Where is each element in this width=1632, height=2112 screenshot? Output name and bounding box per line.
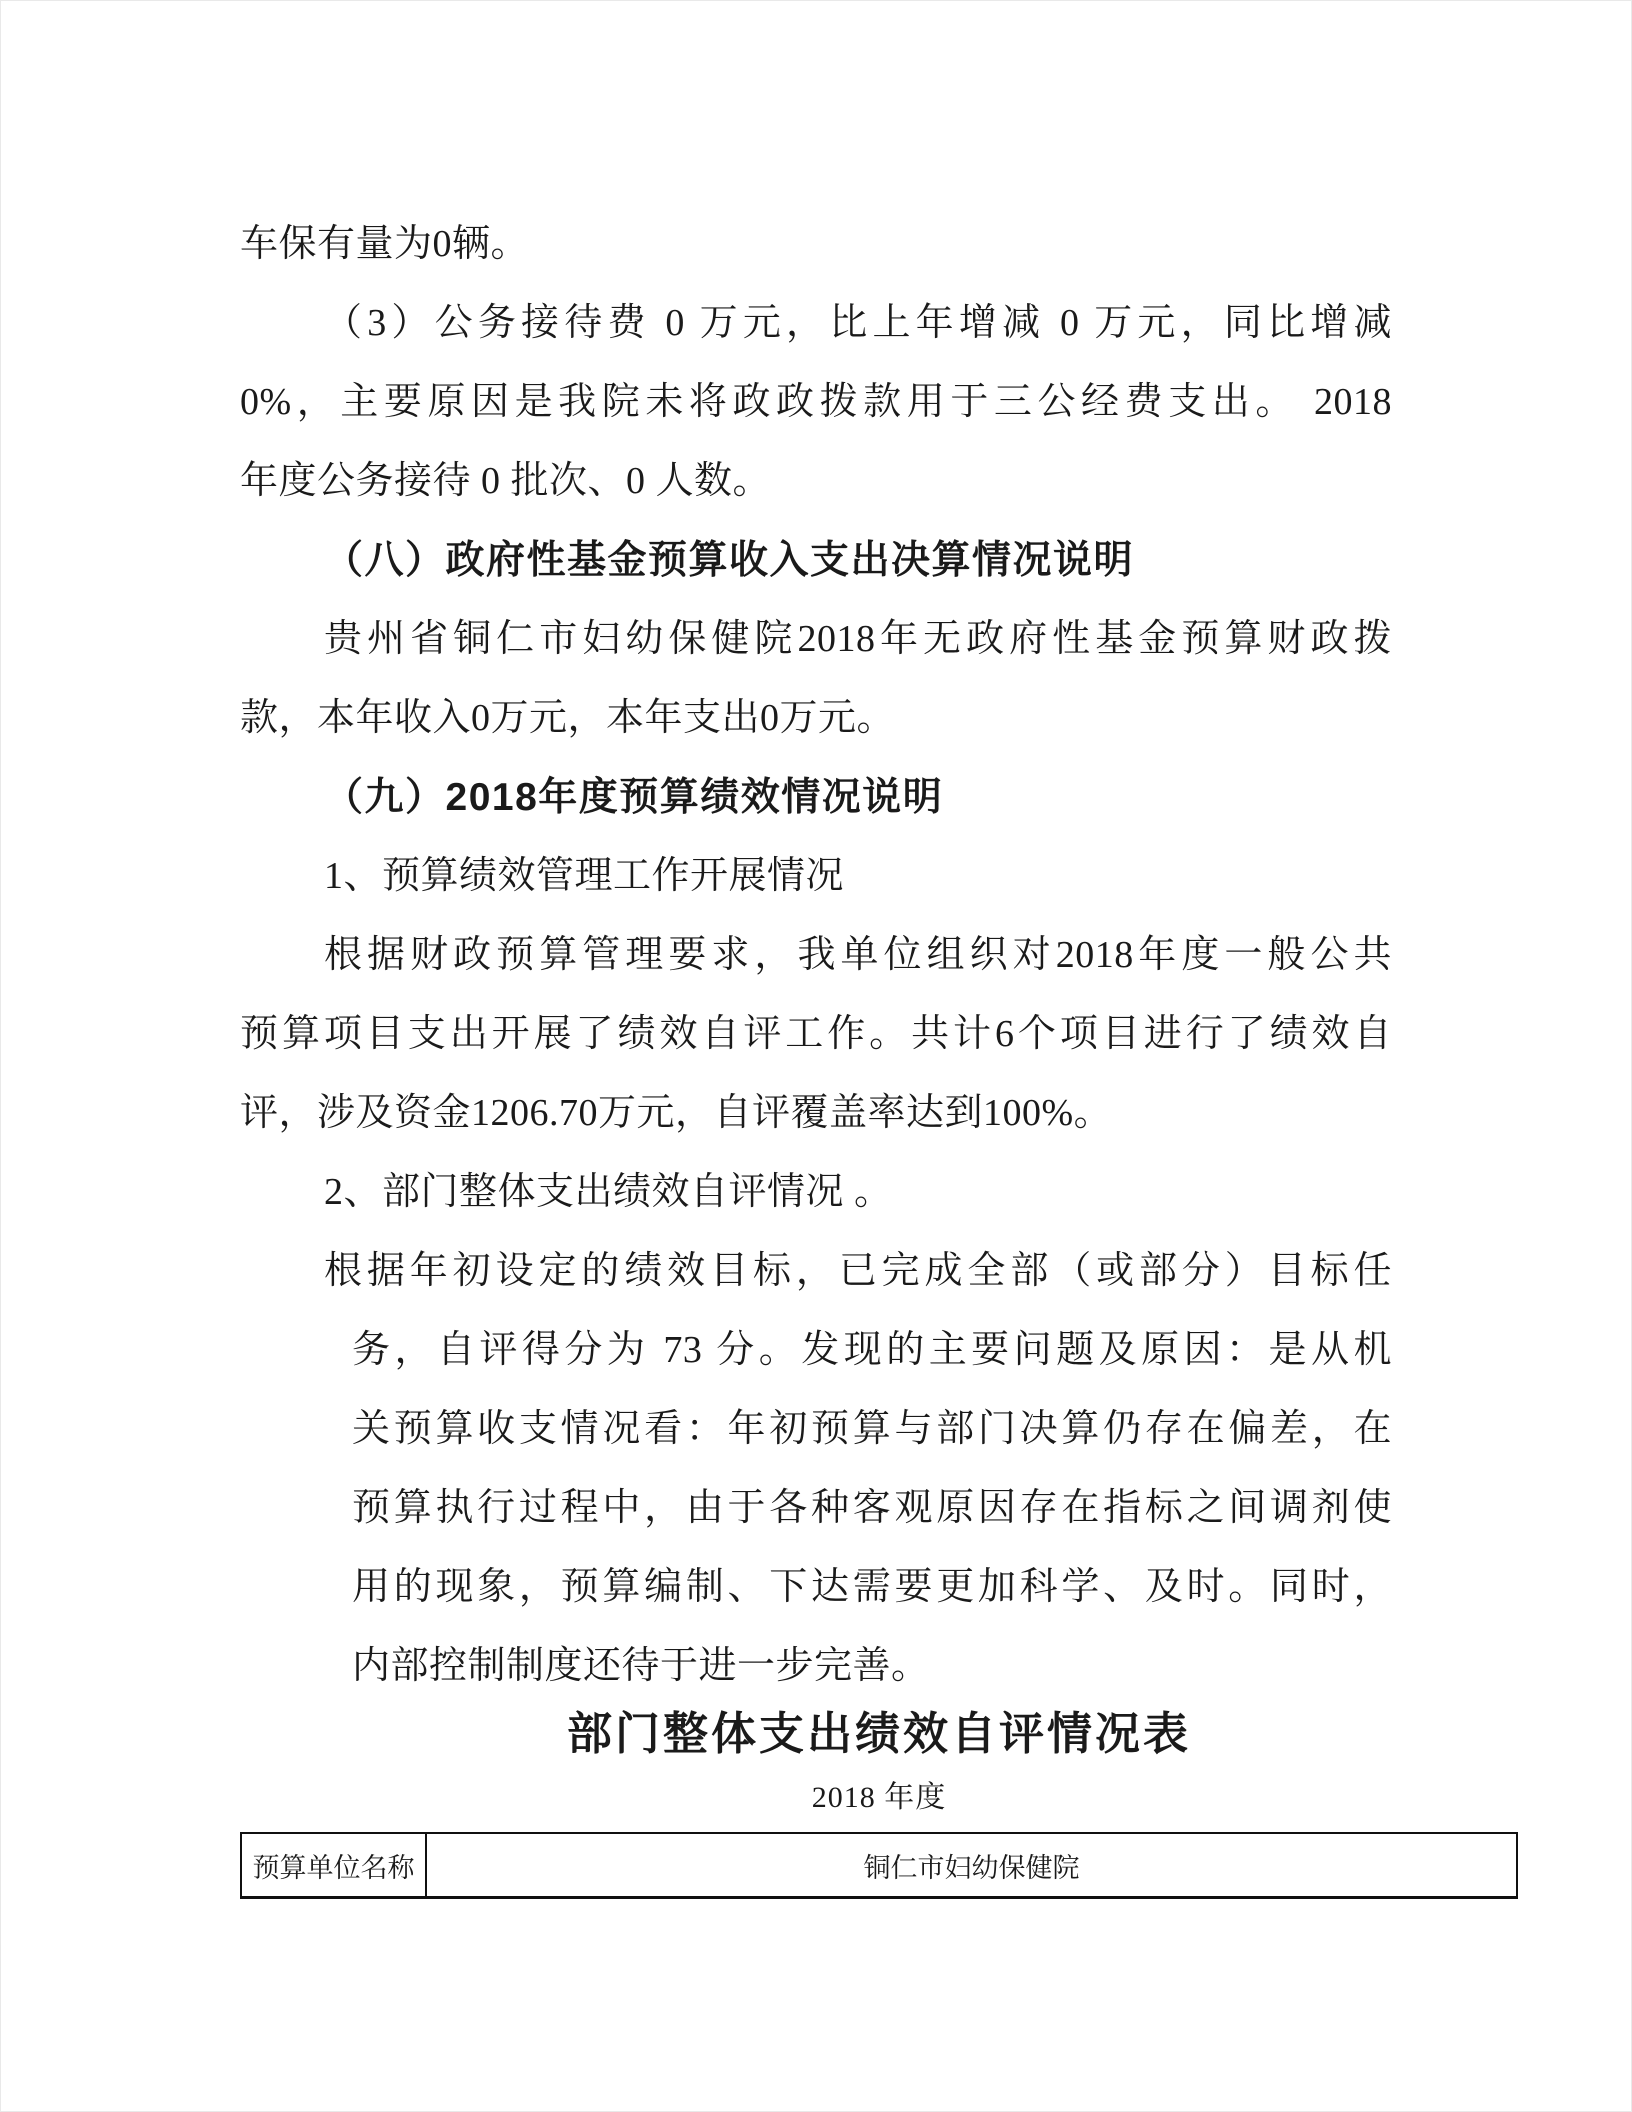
paragraph-line: 内部控制制度还待于进一步完善。 [240, 1627, 1392, 1706]
paragraph-line: 贵州省铜仁市妇幼保健院2018年无政府性基金预算财政拨 [240, 600, 1392, 679]
section-heading-nine: （九）2018年度预算绩效情况说明 [240, 758, 1392, 837]
paragraph-line: 车保有量为0辆。 [240, 205, 1392, 284]
paragraph-line: （3）公务接待费 0 万元，比上年增减 0 万元，同比增减 [240, 284, 1392, 363]
paragraph-line: 款，本年收入0万元，本年支出0万元。 [240, 679, 1392, 758]
document-page: 车保有量为0辆。 （3）公务接待费 0 万元，比上年增减 0 万元，同比增减 0… [240, 205, 1518, 1899]
table-row: 预算单位名称 铜仁市妇幼保健院 [241, 1833, 1517, 1898]
table-label-cell: 预算单位名称 [241, 1833, 426, 1898]
paragraph-line: 务，自评得分为 73 分。发现的主要问题及原因：是从机 [240, 1311, 1392, 1390]
table-title: 部门整体支出绩效自评情况表 [240, 1706, 1518, 1762]
table-value-cell: 铜仁市妇幼保健院 [426, 1833, 1517, 1898]
section-heading-eight: （八）政府性基金预算收入支出决算情况说明 [240, 521, 1392, 600]
body-text-column: 车保有量为0辆。 （3）公务接待费 0 万元，比上年增减 0 万元，同比增减 0… [240, 205, 1392, 1706]
paragraph-line: 年度公务接待 0 批次、0 人数。 [240, 442, 1392, 521]
table-year: 2018 年度 [240, 1776, 1518, 1820]
paragraph-line: 预算项目支出开展了绩效自评工作。共计6个项目进行了绩效自 [240, 995, 1392, 1074]
paragraph-line: 0%，主要原因是我院未将政政拨款用于三公经费支出。 2018 [240, 363, 1392, 442]
paragraph-line: 用的现象，预算编制、下达需要更加科学、及时。同时， [240, 1548, 1392, 1627]
paragraph-line: 根据年初设定的绩效目标，已完成全部（或部分）目标任 [240, 1232, 1392, 1311]
self-evaluation-table: 预算单位名称 铜仁市妇幼保健院 [240, 1832, 1518, 1899]
paragraph-line: 关预算收支情况看：年初预算与部门决算仍存在偏差，在 [240, 1390, 1392, 1469]
list-item-1: 1、预算绩效管理工作开展情况 [240, 837, 1392, 916]
paragraph-line: 评，涉及资金1206.70万元，自评覆盖率达到100%。 [240, 1074, 1392, 1153]
list-item-2: 2、部门整体支出绩效自评情况 。 [240, 1153, 1392, 1232]
paragraph-line: 根据财政预算管理要求，我单位组织对2018年度一般公共 [240, 916, 1392, 995]
paragraph-line: 预算执行过程中，由于各种客观原因存在指标之间调剂使 [240, 1469, 1392, 1548]
